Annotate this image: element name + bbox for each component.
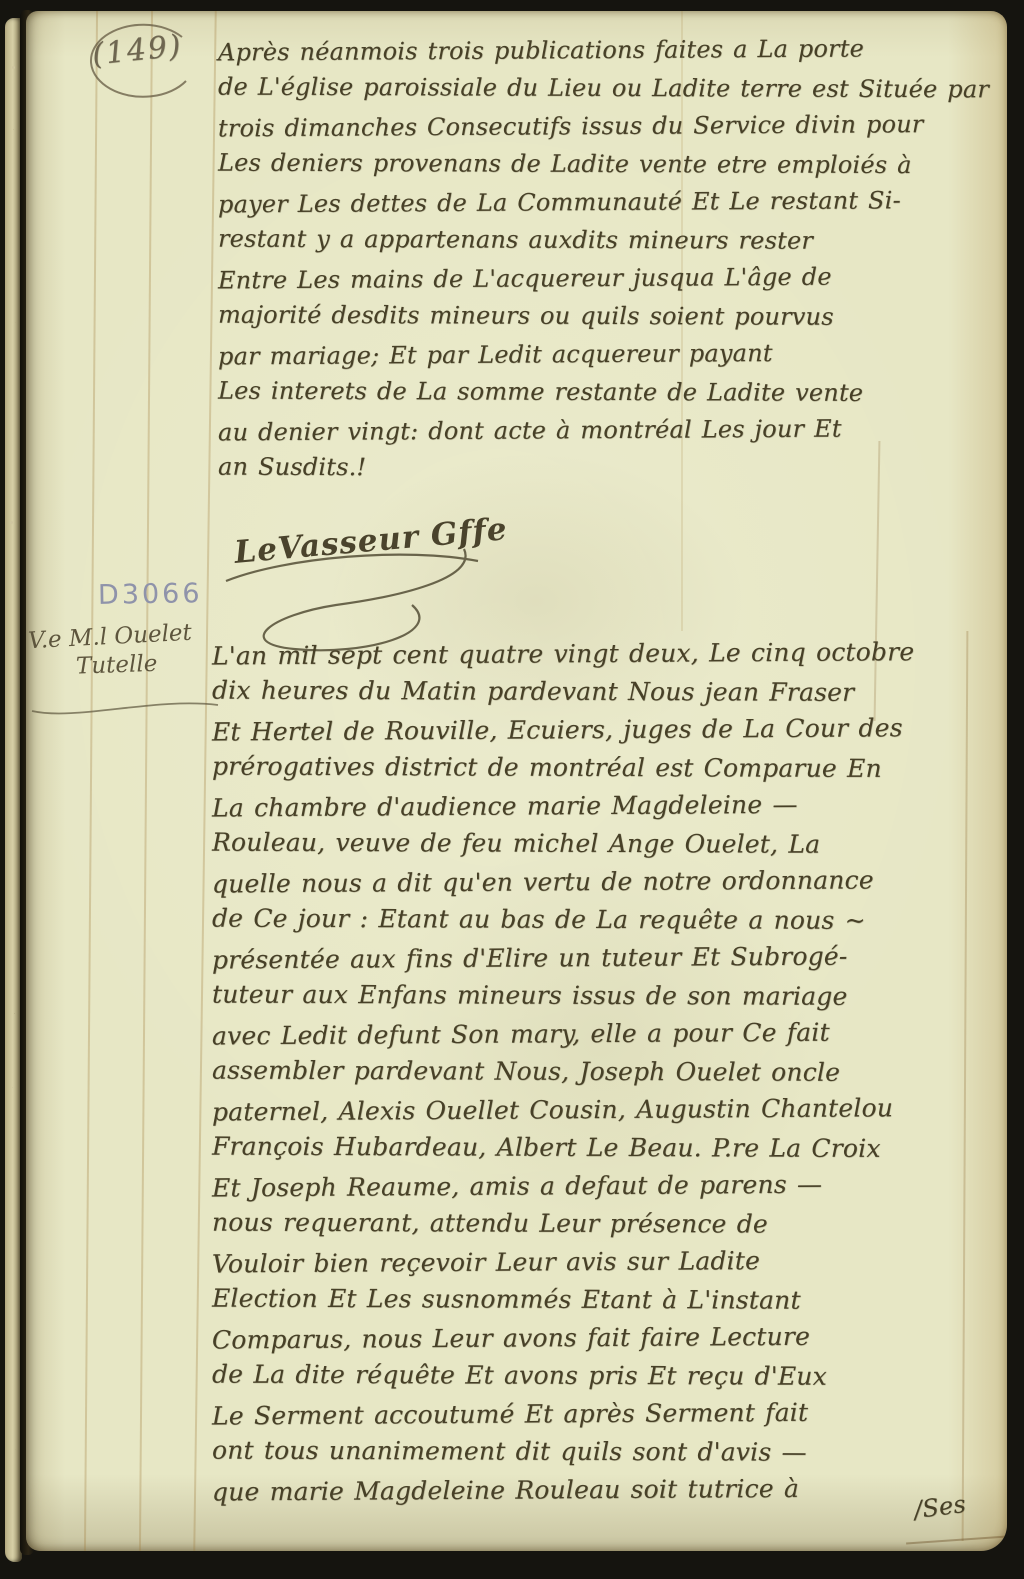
- manuscript-line: Le Serment accoutumé Et après Serment fa…: [212, 1393, 1007, 1436]
- manuscript-line: François Hubardeau, Albert Le Beau. P.re…: [212, 1128, 1007, 1169]
- paragraph-main: L'an mil sept cent quatre vingt deux, Le…: [212, 635, 1007, 1509]
- manuscript-line: paternel, Alexis Ouellet Cousin, Augusti…: [212, 1089, 1007, 1132]
- margin-note-underline-flourish: [26, 691, 226, 721]
- manuscript-line: que marie Magdeleine Rouleau soit tutric…: [212, 1469, 1007, 1512]
- manuscript-line: Et Joseph Reaume, amis a defaut de paren…: [212, 1165, 1007, 1208]
- manuscript-line: ont tous unanimement dit quils sont d'av…: [212, 1432, 1007, 1473]
- manuscript-line: L'an mil sept cent quatre vingt deux, Le…: [212, 633, 1007, 676]
- catchword-underline: [906, 1535, 1007, 1544]
- archival-reference-annotation: D3066: [98, 578, 203, 611]
- manuscript-line: avec Ledit defunt Son mary, elle a pour …: [212, 1013, 1007, 1056]
- manuscript-line: prérogatives district de montréal est Co…: [212, 748, 1007, 789]
- manuscript-line: au denier vingt: dont acte à montréal Le…: [218, 409, 1007, 452]
- margin-note-subject: Tutelle: [76, 648, 229, 679]
- manuscript-line: quelle nous a dit qu'en vertu de notre o…: [212, 861, 1007, 904]
- manuscript-line: dix heures du Matin pardevant Nous jean …: [212, 672, 1007, 713]
- manuscript-line: Les deniers provenans de Ladite vente et…: [218, 144, 1007, 185]
- manuscript-line: par mariage; Et par Ledit acquereur paya…: [218, 333, 1007, 376]
- manuscript-line: de La dite réquête Et avons pris Et reçu…: [212, 1356, 1007, 1397]
- margin-note: V.e M.l Ouelet Tutelle: [28, 623, 228, 677]
- manuscript-page: (149) Après néanmois trois publications …: [26, 11, 1007, 1551]
- manuscript-line: Vouloir bien reçevoir Leur avis sur Ladi…: [212, 1241, 1007, 1284]
- manuscript-scan: (149) Après néanmois trois publications …: [0, 0, 1024, 1579]
- paragraph-top: Après néanmois trois publications faites…: [218, 31, 1007, 487]
- manuscript-line: payer Les dettes de La Communauté Et Le …: [218, 181, 1007, 224]
- manuscript-line: Après néanmois trois publications faites…: [218, 29, 1007, 72]
- manuscript-line: tuteur aux Enfans mineurs issus de son m…: [212, 976, 1007, 1017]
- manuscript-line: de L'église paroissiale du Lieu ou Ladit…: [218, 68, 1007, 109]
- manuscript-line: Election Et Les susnommés Etant à L'inst…: [212, 1280, 1007, 1321]
- manuscript-line: Entre Les mains de L'acquereur jusqua L'…: [218, 257, 1007, 300]
- dust-specks: [12, 66, 15, 69]
- catchword: /Ses: [912, 1490, 967, 1524]
- manuscript-line: de Ce jour : Etant au bas de La requête …: [212, 900, 1007, 941]
- margin-rule-line: [139, 11, 153, 1551]
- manuscript-line: assembler pardevant Nous, Joseph Ouelet …: [212, 1052, 1007, 1093]
- manuscript-line: Comparus, nous Leur avons fait faire Lec…: [212, 1317, 1007, 1360]
- manuscript-line: présentée aux fins d'Elire un tuteur Et …: [212, 937, 1007, 980]
- manuscript-line: Rouleau, veuve de feu michel Ange Ouelet…: [212, 824, 1007, 865]
- manuscript-line: Et Hertel de Rouville, Ecuiers, juges de…: [212, 709, 1007, 752]
- manuscript-line: Les interets de La somme restante de Lad…: [218, 372, 1007, 413]
- margin-rule-line: [84, 11, 98, 1551]
- manuscript-line: La chambre d'audience marie Magdeleine —: [212, 785, 1007, 828]
- manuscript-line: nous requerant, attendu Leur présence de: [212, 1204, 1007, 1245]
- manuscript-line: restant y a appartenans auxdits mineurs …: [218, 220, 1007, 261]
- manuscript-line: trois dimanches Consecutifs issus du Ser…: [218, 105, 1007, 148]
- manuscript-line: majorité desdits mineurs ou quils soient…: [218, 296, 1007, 337]
- manuscript-line: an Susdits.!: [218, 448, 1007, 489]
